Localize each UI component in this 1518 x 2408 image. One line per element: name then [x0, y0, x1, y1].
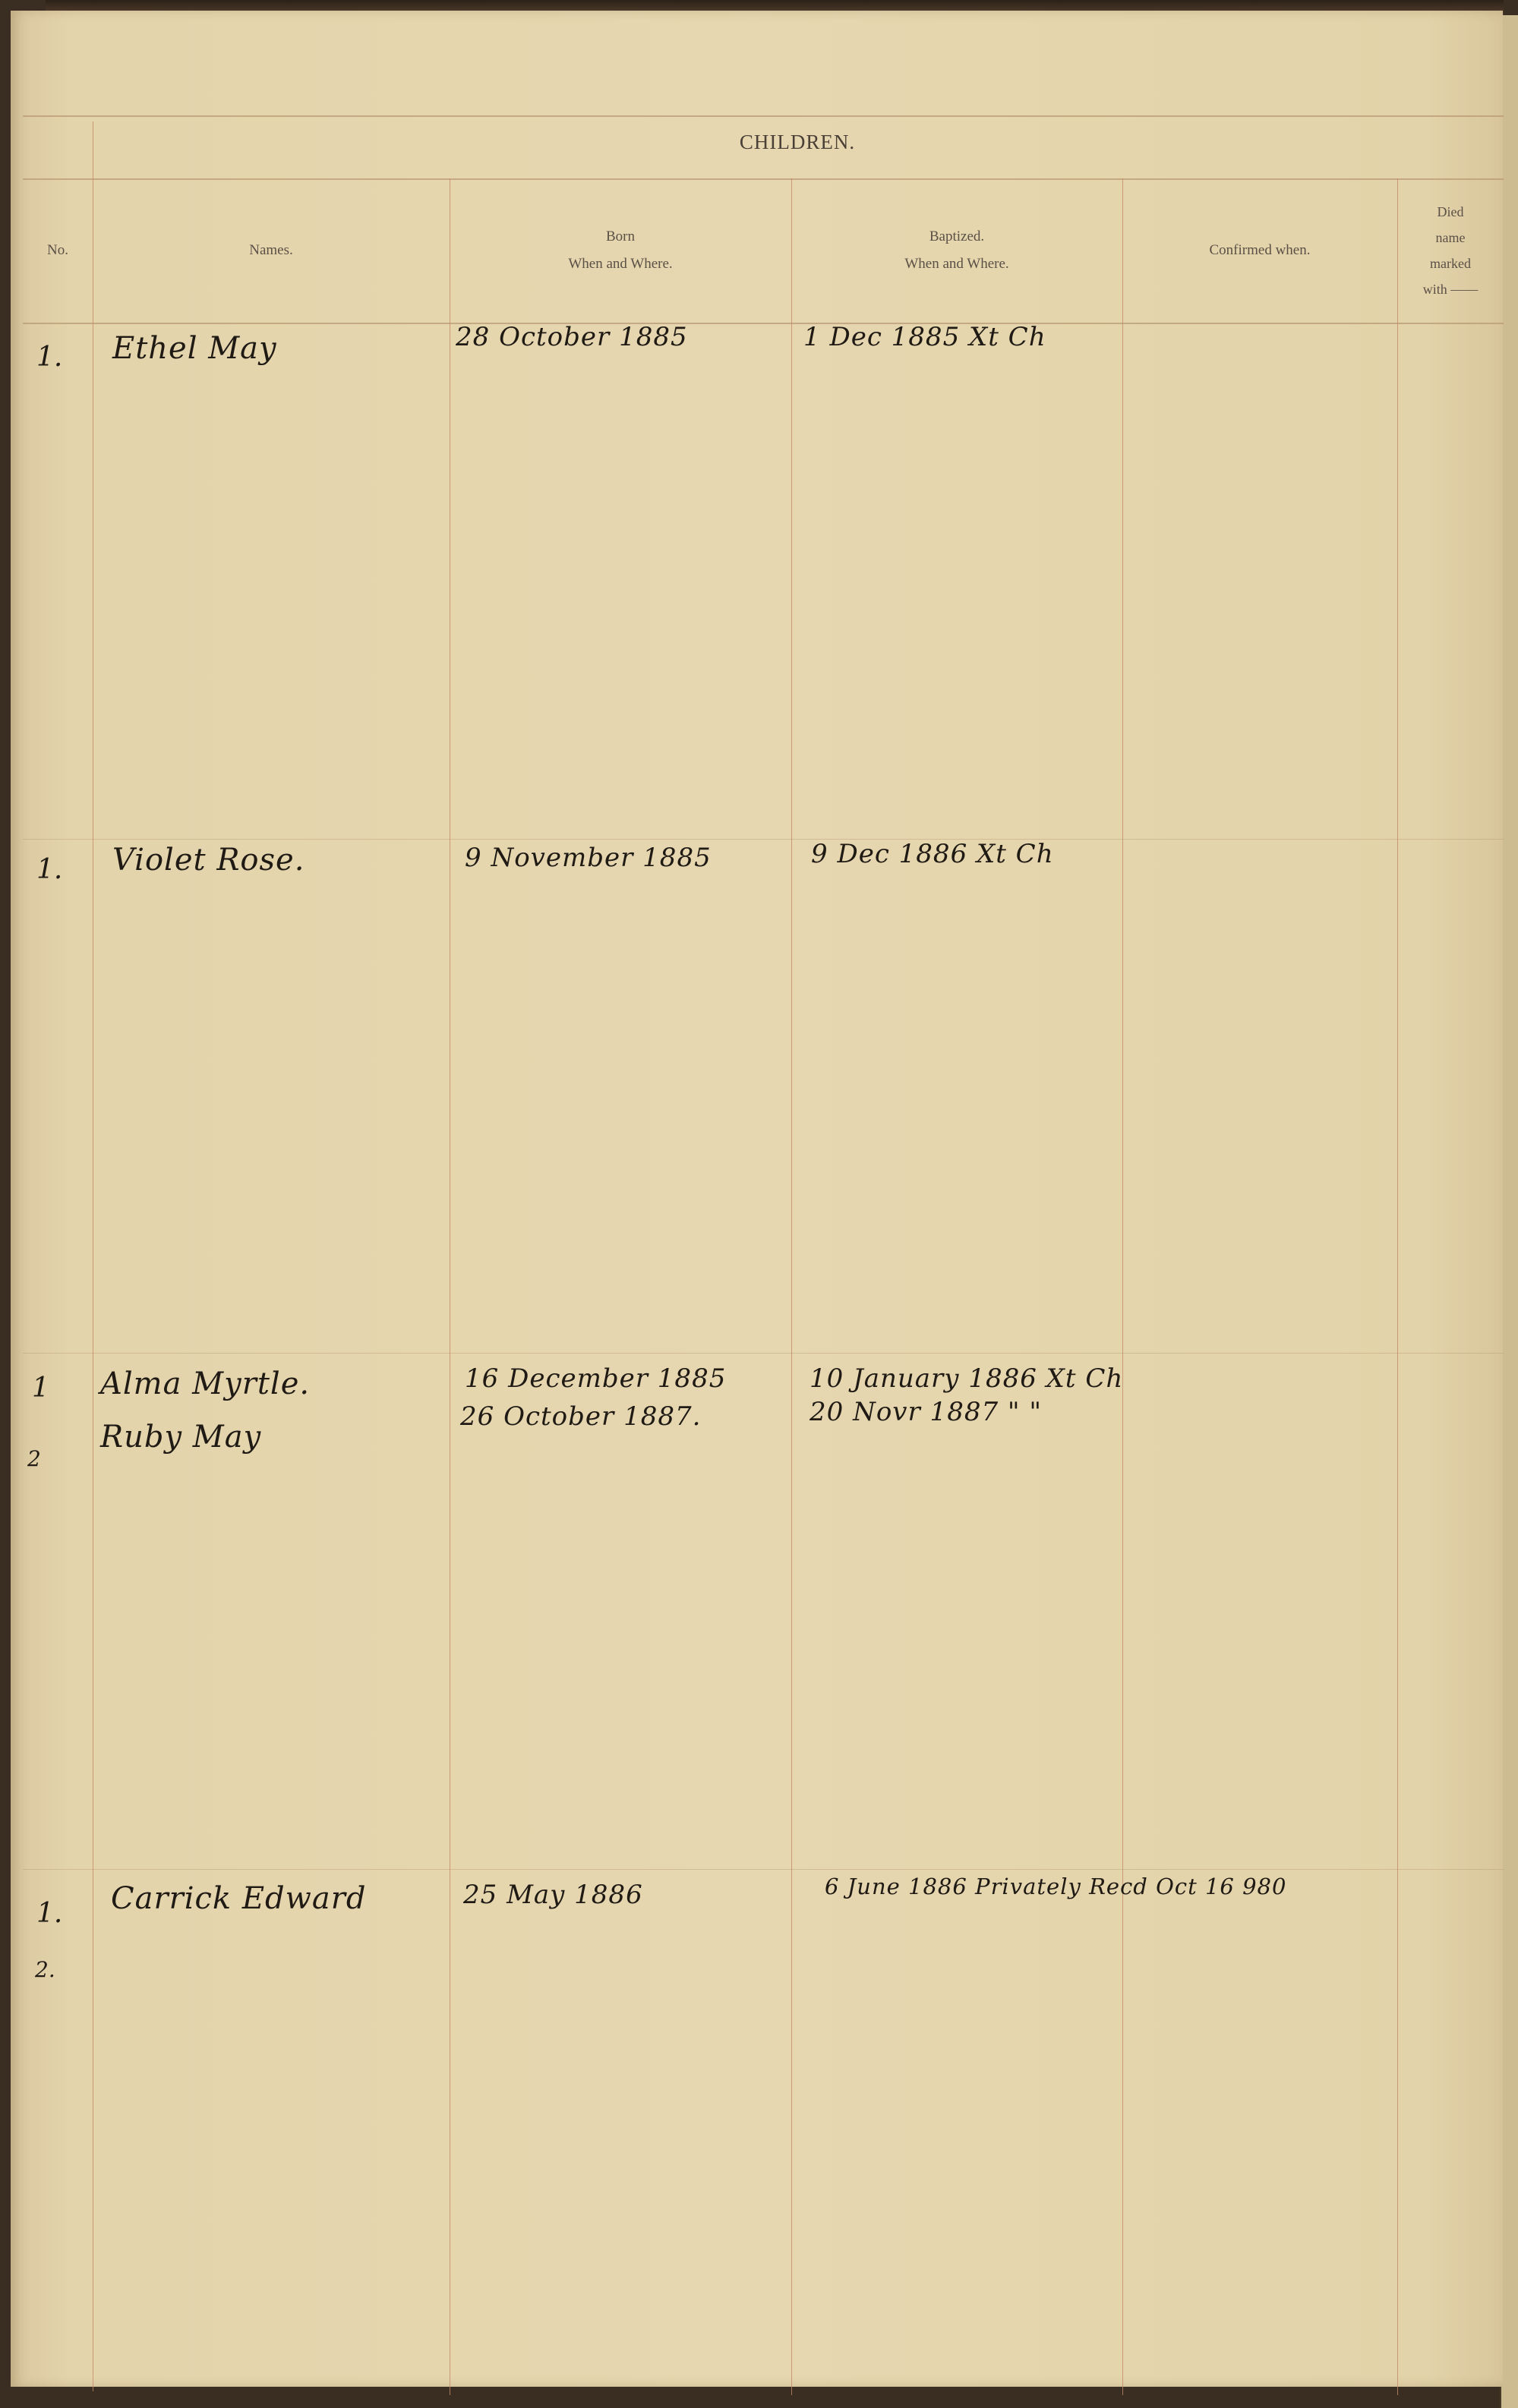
column-divider: [1122, 178, 1123, 2395]
column-divider: [450, 178, 450, 2395]
child-name: Violet Rose.: [112, 843, 305, 878]
column-header-baptized: Baptized. When and Where.: [791, 179, 1122, 322]
column-divider: [1397, 178, 1398, 2395]
child-number: 1.: [36, 342, 62, 373]
baptized-date: 20 Novr 1887 " ": [809, 1397, 1042, 1427]
baptized-date: 10 January 1886 Xt Ch: [809, 1363, 1123, 1394]
column-divider: [791, 178, 792, 2395]
header-rule: [23, 323, 1504, 324]
child-name: Alma Myrtle.: [100, 1366, 310, 1401]
baptized-date: 6 June 1886 Privately Recd Oct 16 980: [825, 1874, 1286, 1899]
child-number: 1.: [36, 1898, 62, 1929]
born-date: 16 December 1885: [465, 1363, 726, 1394]
child-name: Ethel May: [112, 331, 277, 366]
column-header-born: Born When and Where.: [450, 179, 791, 322]
register-page: [11, 11, 1503, 2387]
row-separator: [23, 1353, 1504, 1354]
born-date: 9 November 1885: [465, 843, 712, 873]
born-date: 25 May 1886: [463, 1880, 643, 1910]
child-number: 2.: [35, 1957, 55, 1982]
child-number: 2: [27, 1446, 41, 1471]
born-date: 28 October 1885: [456, 322, 688, 352]
baptized-date: 1 Dec 1885 Xt Ch: [803, 322, 1046, 352]
born-date: 26 October 1887.: [460, 1401, 701, 1432]
column-header-confirmed: Confirmed when.: [1122, 179, 1397, 322]
column-header-died: Died name marked with ——: [1397, 179, 1504, 322]
column-header-names: Names.: [93, 179, 450, 322]
baptized-date: 9 Dec 1886 Xt Ch: [811, 839, 1054, 869]
child-number: 1.: [36, 854, 62, 885]
column-header-no: No.: [23, 179, 93, 322]
column-divider: [93, 121, 93, 2391]
child-name: Carrick Edward: [111, 1881, 366, 1916]
register-title: CHILDREN.: [91, 131, 1504, 154]
row-separator: [23, 1869, 1504, 1870]
child-name: Ruby May: [100, 1420, 261, 1455]
top-rule: [23, 115, 1504, 117]
child-number: 1: [32, 1373, 49, 1404]
row-separator: [23, 839, 1504, 840]
